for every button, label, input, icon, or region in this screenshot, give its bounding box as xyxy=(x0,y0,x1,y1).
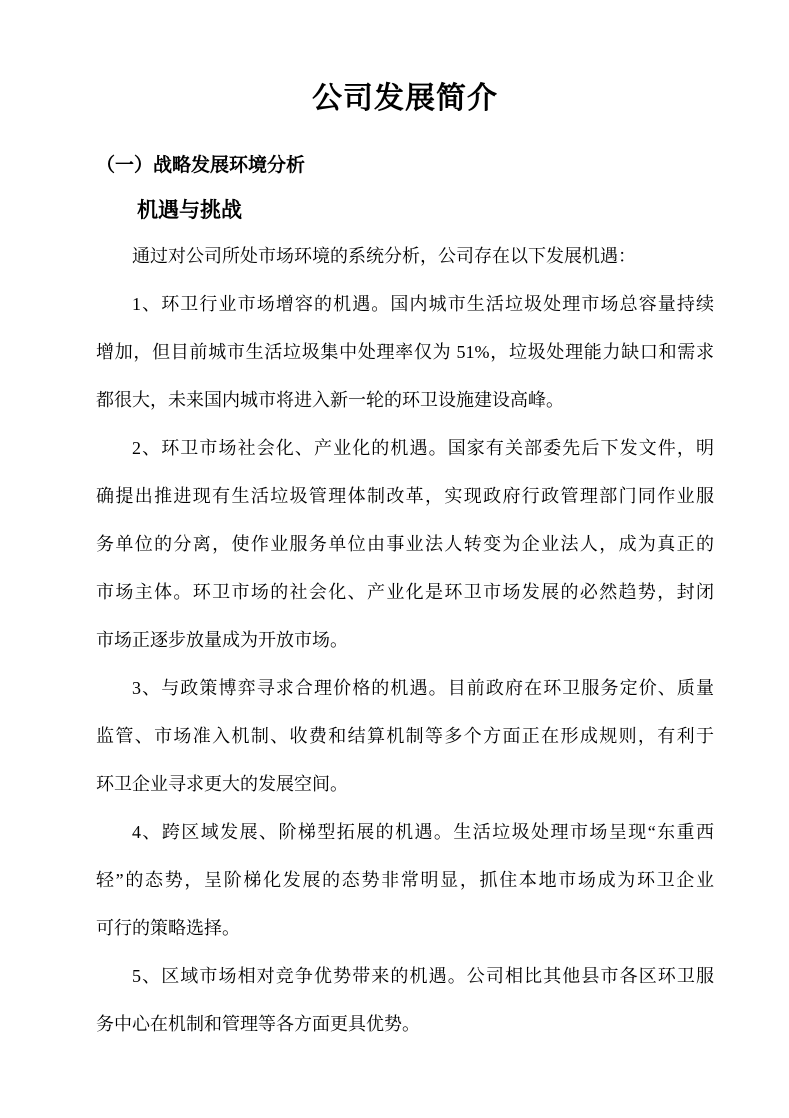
document-page: 公司发展简介 （一）战略发展环境分析 机遇与挑战 通过对公司所处市场环境的系统分… xyxy=(0,0,789,1118)
sub-heading: 机遇与挑战 xyxy=(137,197,714,224)
text-line: 市场主体。环卫市场的社会化、产业化是环卫市场发展的必然趋势，封闭 xyxy=(96,568,714,616)
text-line: 环卫企业寻求更大的发展空间。 xyxy=(96,760,714,808)
text-line: 可行的策略选择。 xyxy=(96,904,714,952)
text-line: 5、区域市场相对竞争优势带来的机遇。公司相比其他县市各区环卫服 xyxy=(96,952,714,1000)
document-title: 公司发展简介 xyxy=(96,81,714,117)
text-line: 1、环卫行业市场增容的机遇。国内城市生活垃圾处理市场总容量持续 xyxy=(96,280,714,328)
text-line: 轻”的态势，呈阶梯化发展的态势非常明显，抓住本地市场成为环卫企业 xyxy=(96,856,714,904)
text-line: 通过对公司所处市场环境的系统分析，公司存在以下发展机遇： xyxy=(96,232,714,280)
text-line: 务中心在机制和管理等各方面更具优势。 xyxy=(96,1000,714,1048)
text-line: 监管、市场准入机制、收费和结算机制等多个方面正在形成规则，有利于 xyxy=(96,712,714,760)
text-line: 3、与政策博弈寻求合理价格的机遇。目前政府在环卫服务定价、质量 xyxy=(96,664,714,712)
document-body: 通过对公司所处市场环境的系统分析，公司存在以下发展机遇：1、环卫行业市场增容的机… xyxy=(96,232,714,1048)
section-heading: （一）战略发展环境分析 xyxy=(96,153,714,178)
text-line: 务单位的分离，使作业服务单位由事业法人转变为企业法人，成为真正的 xyxy=(96,520,714,568)
text-line: 4、跨区域发展、阶梯型拓展的机遇。生活垃圾处理市场呈现“东重西 xyxy=(96,808,714,856)
text-line: 增加，但目前城市生活垃圾集中处理率仅为 51%，垃圾处理能力缺口和需求 xyxy=(96,328,714,376)
text-line: 2、环卫市场社会化、产业化的机遇。国家有关部委先后下发文件，明 xyxy=(96,424,714,472)
text-line: 市场正逐步放量成为开放市场。 xyxy=(96,616,714,664)
text-line: 都很大，未来国内城市将进入新一轮的环卫设施建设高峰。 xyxy=(96,376,714,424)
text-line: 确提出推进现有生活垃圾管理体制改革，实现政府行政管理部门同作业服 xyxy=(96,472,714,520)
